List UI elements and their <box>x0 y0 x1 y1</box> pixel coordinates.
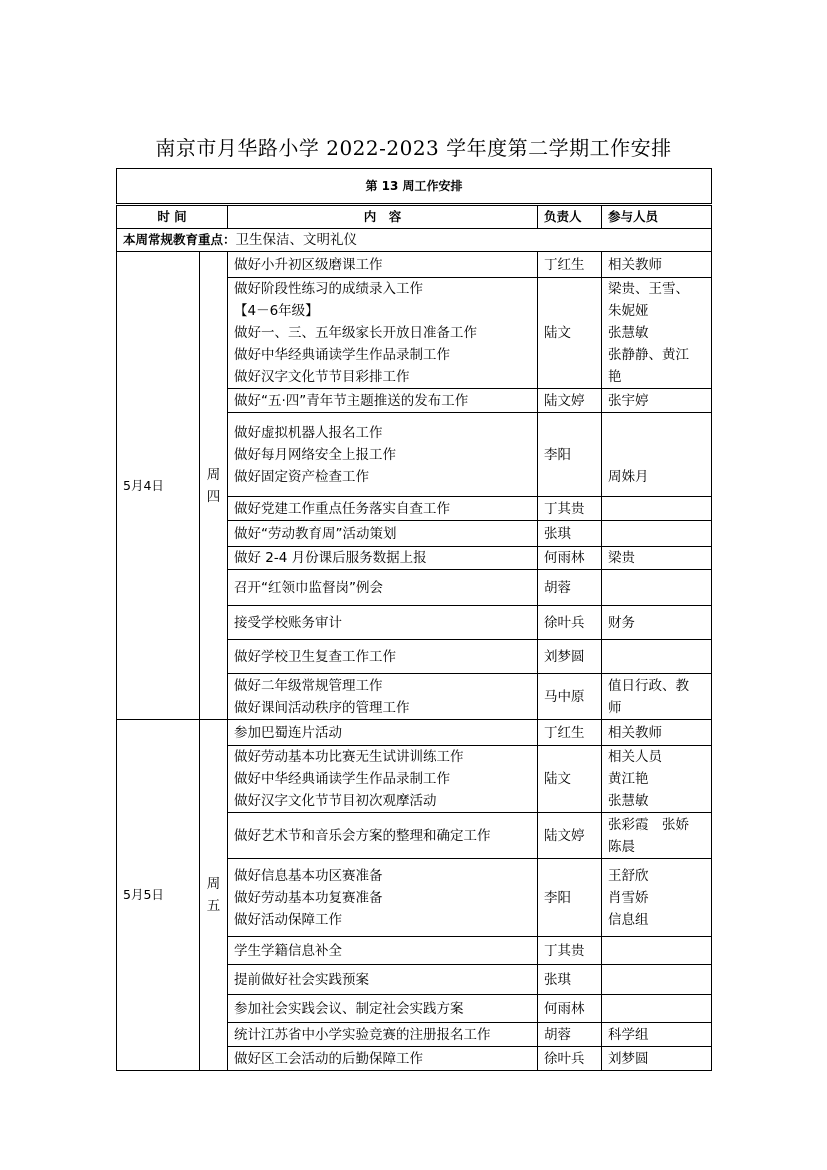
content-cell: 接受学校账务审计 <box>228 606 538 640</box>
task-line: 学生学籍信息补全 <box>234 940 531 962</box>
participant-line: 朱妮娅 <box>608 300 705 322</box>
participants-cell: 梁贵、王雪、朱妮娅张慧敏张静静、黄江艳 <box>602 278 712 389</box>
lead-cell: 胡蓉 <box>538 1023 602 1047</box>
participant-line: 张彩霞 张娇 <box>608 814 705 836</box>
participant-line <box>608 969 705 991</box>
lead-cell: 李阳 <box>538 413 602 497</box>
lead-cell: 丁其贵 <box>538 937 602 965</box>
lead-cell: 陆文婷 <box>538 813 602 859</box>
task-line: 接受学校账务审计 <box>234 612 531 634</box>
participant-line: 财务 <box>608 612 705 634</box>
participants-cell: 科学组 <box>602 1023 712 1047</box>
participants-cell: 相关人员黄江艳张慧敏 <box>602 746 712 813</box>
week-title: 第 13 周工作安排 <box>117 169 712 205</box>
participants-cell <box>602 937 712 965</box>
date-cell: 5月5日 <box>117 720 200 1071</box>
participant-line: 张静静、黄江 <box>608 344 705 366</box>
task-line: 做好区工会活动的后勤保障工作 <box>234 1048 531 1070</box>
content-cell: 参加社会实践会议、制定社会实践方案 <box>228 995 538 1023</box>
lead-cell: 何雨林 <box>538 995 602 1023</box>
participant-line <box>608 498 705 520</box>
participant-line: 相关教师 <box>608 722 705 744</box>
lead-cell: 胡蓉 <box>538 570 602 606</box>
participant-line: 梁贵、王雪、 <box>608 278 705 300</box>
content-cell: 做好“五·四”青年节主题推送的发布工作 <box>228 389 538 413</box>
task-line: 提前做好社会实践预案 <box>234 969 531 991</box>
task-line: 统计江苏省中小学实验竞赛的注册报名工作 <box>234 1024 531 1046</box>
lead-cell: 李阳 <box>538 859 602 937</box>
weekday-cell: 周四 <box>200 252 228 720</box>
participants-cell: 张宇婷 <box>602 389 712 413</box>
content-cell: 统计江苏省中小学实验竞赛的注册报名工作 <box>228 1023 538 1047</box>
content-cell: 做好区工会活动的后勤保障工作 <box>228 1047 538 1071</box>
participant-line: 梁贵 <box>608 547 705 569</box>
participant-line: 刘梦圆 <box>608 1048 705 1070</box>
lead-cell: 丁红生 <box>538 252 602 278</box>
participants-cell: 周姝月 <box>602 413 712 497</box>
schedule-table: 第 13 周工作安排 时 间 内 容 负责人 参与人员 本周常规教育重点：卫生保… <box>116 168 712 1071</box>
participant-line: 值日行政、教 <box>608 675 705 697</box>
lead-cell: 徐叶兵 <box>538 1047 602 1071</box>
lead-cell: 张琪 <box>538 965 602 995</box>
participant-line <box>608 940 705 962</box>
participants-cell: 张彩霞 张娇陈晨 <box>602 813 712 859</box>
content-cell: 做好信息基本功区赛准备做好劳动基本功复赛准备做好活动保障工作 <box>228 859 538 937</box>
content-cell: 学生学籍信息补全 <box>228 937 538 965</box>
participant-line: 肖雪娇 <box>608 887 705 909</box>
table-header-row: 时 间 内 容 负责人 参与人员 <box>117 205 712 229</box>
task-line: 做好中华经典诵读学生作品录制工作 <box>234 344 531 366</box>
participant-line: 相关人员 <box>608 746 705 768</box>
content-cell: 做好劳动基本功比赛无生试讲训练工作做好中华经典诵读学生作品录制工作做好汉字文化节… <box>228 746 538 813</box>
participant-line <box>608 444 705 466</box>
participants-cell: 刘梦圆 <box>602 1047 712 1071</box>
participant-line: 张宇婷 <box>608 390 705 412</box>
weekday-char: 周 <box>206 873 221 895</box>
task-line: 做好阶段性练习的成绩录入工作 <box>234 278 531 300</box>
task-line: 做好每月网络安全上报工作 <box>234 444 531 466</box>
participant-line <box>608 523 705 545</box>
weekly-focus-value: 卫生保洁、文明礼仪 <box>236 232 358 248</box>
task-line: 做好中华经典诵读学生作品录制工作 <box>234 768 531 790</box>
participant-line: 科学组 <box>608 1024 705 1046</box>
participant-line: 师 <box>608 697 705 719</box>
participants-cell <box>602 965 712 995</box>
weekday-cell: 周五 <box>200 720 228 1071</box>
participants-cell <box>602 521 712 547</box>
task-line: 做好虚拟机器人报名工作 <box>234 422 531 444</box>
lead-cell: 丁其贵 <box>538 497 602 521</box>
lead-cell: 陆文 <box>538 278 602 389</box>
task-line: 做好“五·四”青年节主题推送的发布工作 <box>234 390 531 412</box>
task-line: 【4－6年级】 <box>234 300 531 322</box>
participant-line: 周姝月 <box>608 466 705 488</box>
content-cell: 参加巴蜀连片活动 <box>228 720 538 746</box>
content-cell: 做好虚拟机器人报名工作做好每月网络安全上报工作做好固定资产检查工作 <box>228 413 538 497</box>
participant-line: 陈晨 <box>608 836 705 858</box>
header-content: 内 容 <box>228 205 538 229</box>
task-line: 做好劳动基本功复赛准备 <box>234 887 531 909</box>
task-line: 做好二年级常规管理工作 <box>234 675 531 697</box>
content-cell: 做好“劳动教育周”活动策划 <box>228 521 538 547</box>
participants-cell: 相关教师 <box>602 252 712 278</box>
content-cell: 做好学校卫生复查工作工作 <box>228 640 538 674</box>
content-cell: 做好小升初区级磨课工作 <box>228 252 538 278</box>
table-row: 5月5日周五参加巴蜀连片活动丁红生相关教师 <box>117 720 712 746</box>
content-cell: 做好 2-4 月份课后服务数据上报 <box>228 547 538 570</box>
task-line: 做好艺术节和音乐会方案的整理和确定工作 <box>234 825 531 847</box>
content-cell: 召开“红领巾监督岗”例会 <box>228 570 538 606</box>
participant-line: 张慧敏 <box>608 790 705 812</box>
participant-line <box>608 422 705 444</box>
participants-cell: 财务 <box>602 606 712 640</box>
task-line: 参加社会实践会议、制定社会实践方案 <box>234 998 531 1020</box>
task-line: 做好一、三、五年级家长开放日准备工作 <box>234 322 531 344</box>
header-time: 时 间 <box>117 205 228 229</box>
content-cell: 提前做好社会实践预案 <box>228 965 538 995</box>
task-line: 做好 2-4 月份课后服务数据上报 <box>234 547 531 569</box>
participant-line <box>608 998 705 1020</box>
participants-cell: 相关教师 <box>602 720 712 746</box>
participants-cell <box>602 497 712 521</box>
table-row: 5月4日周四做好小升初区级磨课工作丁红生相关教师 <box>117 252 712 278</box>
weekday-char: 五 <box>206 895 221 917</box>
participants-cell <box>602 570 712 606</box>
participant-line: 黄江艳 <box>608 768 705 790</box>
participant-line <box>608 646 705 668</box>
task-line: 做好党建工作重点任务落实自查工作 <box>234 498 531 520</box>
task-line: 做好活动保障工作 <box>234 909 531 931</box>
task-line: 做好汉字文化节节目彩排工作 <box>234 366 531 388</box>
participants-cell <box>602 640 712 674</box>
task-line: 做好固定资产检查工作 <box>234 466 531 488</box>
weekday-char: 四 <box>206 486 221 508</box>
content-cell: 做好艺术节和音乐会方案的整理和确定工作 <box>228 813 538 859</box>
weekly-focus-label: 本周常规教育重点： <box>123 232 236 247</box>
task-line: 做好劳动基本功比赛无生试讲训练工作 <box>234 746 531 768</box>
header-lead: 负责人 <box>538 205 602 229</box>
document-title: 南京市月华路小学 2022-2023 学年度第二学期工作安排 <box>0 132 827 161</box>
lead-cell: 丁红生 <box>538 720 602 746</box>
header-participants: 参与人员 <box>602 205 712 229</box>
weekday-char: 周 <box>206 464 221 486</box>
content-cell: 做好阶段性练习的成绩录入工作【4－6年级】做好一、三、五年级家长开放日准备工作做… <box>228 278 538 389</box>
task-line: 做好课间活动秩序的管理工作 <box>234 697 531 719</box>
task-line: 做好信息基本功区赛准备 <box>234 865 531 887</box>
participant-line: 相关教师 <box>608 254 705 276</box>
participants-cell: 值日行政、教师 <box>602 674 712 720</box>
lead-cell: 陆文 <box>538 746 602 813</box>
participants-cell: 梁贵 <box>602 547 712 570</box>
content-cell: 做好二年级常规管理工作做好课间活动秩序的管理工作 <box>228 674 538 720</box>
lead-cell: 刘梦圆 <box>538 640 602 674</box>
task-line: 召开“红领巾监督岗”例会 <box>234 577 531 599</box>
task-line: 做好小升初区级磨课工作 <box>234 254 531 276</box>
participant-line: 王舒欣 <box>608 865 705 887</box>
task-line: 做好“劳动教育周”活动策划 <box>234 523 531 545</box>
participants-cell: 王舒欣肖雪娇信息组 <box>602 859 712 937</box>
lead-cell: 张琪 <box>538 521 602 547</box>
participant-line <box>608 577 705 599</box>
content-cell: 做好党建工作重点任务落实自查工作 <box>228 497 538 521</box>
task-line: 做好学校卫生复查工作工作 <box>234 646 531 668</box>
participant-line: 信息组 <box>608 909 705 931</box>
participant-line: 张慧敏 <box>608 322 705 344</box>
lead-cell: 陆文婷 <box>538 389 602 413</box>
date-cell: 5月4日 <box>117 252 200 720</box>
weekly-focus: 本周常规教育重点：卫生保洁、文明礼仪 <box>117 229 712 252</box>
participant-line: 艳 <box>608 366 705 388</box>
lead-cell: 何雨林 <box>538 547 602 570</box>
task-line: 参加巴蜀连片活动 <box>234 722 531 744</box>
task-line: 做好汉字文化节节目初次观摩活动 <box>234 790 531 812</box>
lead-cell: 马中原 <box>538 674 602 720</box>
lead-cell: 徐叶兵 <box>538 606 602 640</box>
participants-cell <box>602 995 712 1023</box>
